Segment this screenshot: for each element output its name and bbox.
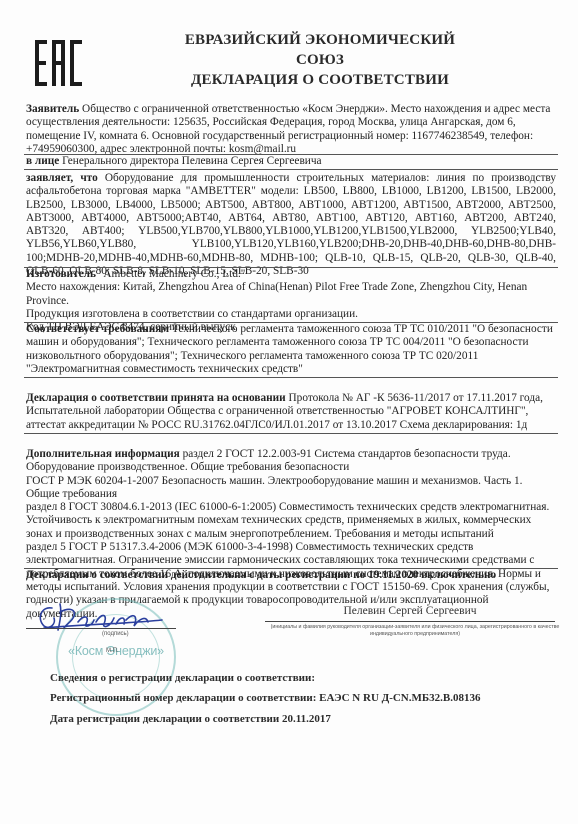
stamp-place-label: М.П. — [106, 648, 119, 654]
registration-number-row: Регистрационный номер декларации о соотв… — [50, 692, 481, 704]
eac-mark-icon — [35, 40, 83, 86]
registration-number-value: ЕАЭС N RU Д-CN.МБ32.В.08136 — [319, 692, 480, 704]
represented-by-text: Генерального директора Пелевина Сергея С… — [62, 155, 321, 167]
registration-heading: Сведения о регистрации декларации о соот… — [50, 672, 315, 684]
divider — [24, 377, 558, 378]
registration-date-value: 20.11.2017 — [282, 713, 331, 725]
divider — [24, 433, 558, 434]
additional-info-line: ГОСТ Р МЭК 60204-1-2007 Безопасность маш… — [26, 475, 556, 502]
applicant-text: Общество с ограниченной ответственностью… — [26, 103, 550, 155]
declaration-title: ДЕКЛАРАЦИЯ О СООТВЕТСТВИИ — [160, 70, 480, 90]
divider — [24, 169, 558, 170]
compliance-label: Соответствует требованиям — [26, 323, 169, 335]
declares-text: Оборудование для промышленности строител… — [26, 172, 556, 277]
applicant-label: Заявитель — [26, 103, 79, 115]
registration-date-row: Дата регистрации декларации о соответств… — [50, 713, 331, 725]
declares-label: заявляет, что — [26, 172, 98, 184]
signature-line — [26, 628, 176, 629]
signature-icon — [34, 598, 164, 638]
signature-caption: (подпись) — [102, 631, 129, 637]
signer-name-line — [265, 621, 555, 622]
manufacturer-name: "Ambetter Machinery Co., Ltd." — [99, 268, 246, 280]
validity-statement: Декларация о соответствии действительна … — [26, 569, 556, 582]
union-title: ЕВРАЗИЙСКИЙ ЭКОНОМИЧЕСКИЙ СОЮЗ — [160, 30, 480, 70]
registration-date-label: Дата регистрации декларации о соответств… — [50, 713, 279, 725]
compliance-section: Соответствует требованиям Технического р… — [26, 323, 556, 376]
additional-info-line: раздел 8 ГОСТ 30804.6.1-2013 (IEC 61000-… — [26, 501, 556, 541]
declaration-page: ЕВРАЗИЙСКИЙ ЭКОНОМИЧЕСКИЙ СОЮЗ ДЕКЛАРАЦИ… — [0, 0, 578, 824]
manufacturer-location: Место нахождения: Китай, Zhengzhou Area … — [26, 281, 556, 308]
applicant-section: Заявитель Общество с ограниченной ответс… — [26, 103, 556, 156]
basis-label: Декларация о соответствии принята на осн… — [26, 392, 286, 404]
represented-by-label: в лице — [26, 155, 59, 167]
additional-info-label: Дополнительная информация — [26, 448, 180, 460]
declares-section: заявляет, что Оборудование для промышлен… — [26, 172, 556, 278]
additional-info-section: Дополнительная информация раздел 2 ГОСТ … — [26, 448, 556, 621]
signer-name: Пелевин Сергей Сергеевич — [265, 605, 555, 617]
manufacturer-label: Изготовитель — [26, 268, 96, 280]
manufacturer-standards: Продукция изготовлена в соответствии со … — [26, 308, 556, 321]
registration-number-label: Регистрационный номер декларации о соотв… — [50, 692, 316, 704]
signer-caption: (инициалы и фамилия руководителя организ… — [255, 624, 575, 638]
document-title: ЕВРАЗИЙСКИЙ ЭКОНОМИЧЕСКИЙ СОЮЗ ДЕКЛАРАЦИ… — [160, 30, 480, 90]
represented-by-section: в лице Генерального директора Пелевина С… — [26, 155, 556, 168]
basis-section: Декларация о соответствии принята на осн… — [26, 392, 556, 432]
